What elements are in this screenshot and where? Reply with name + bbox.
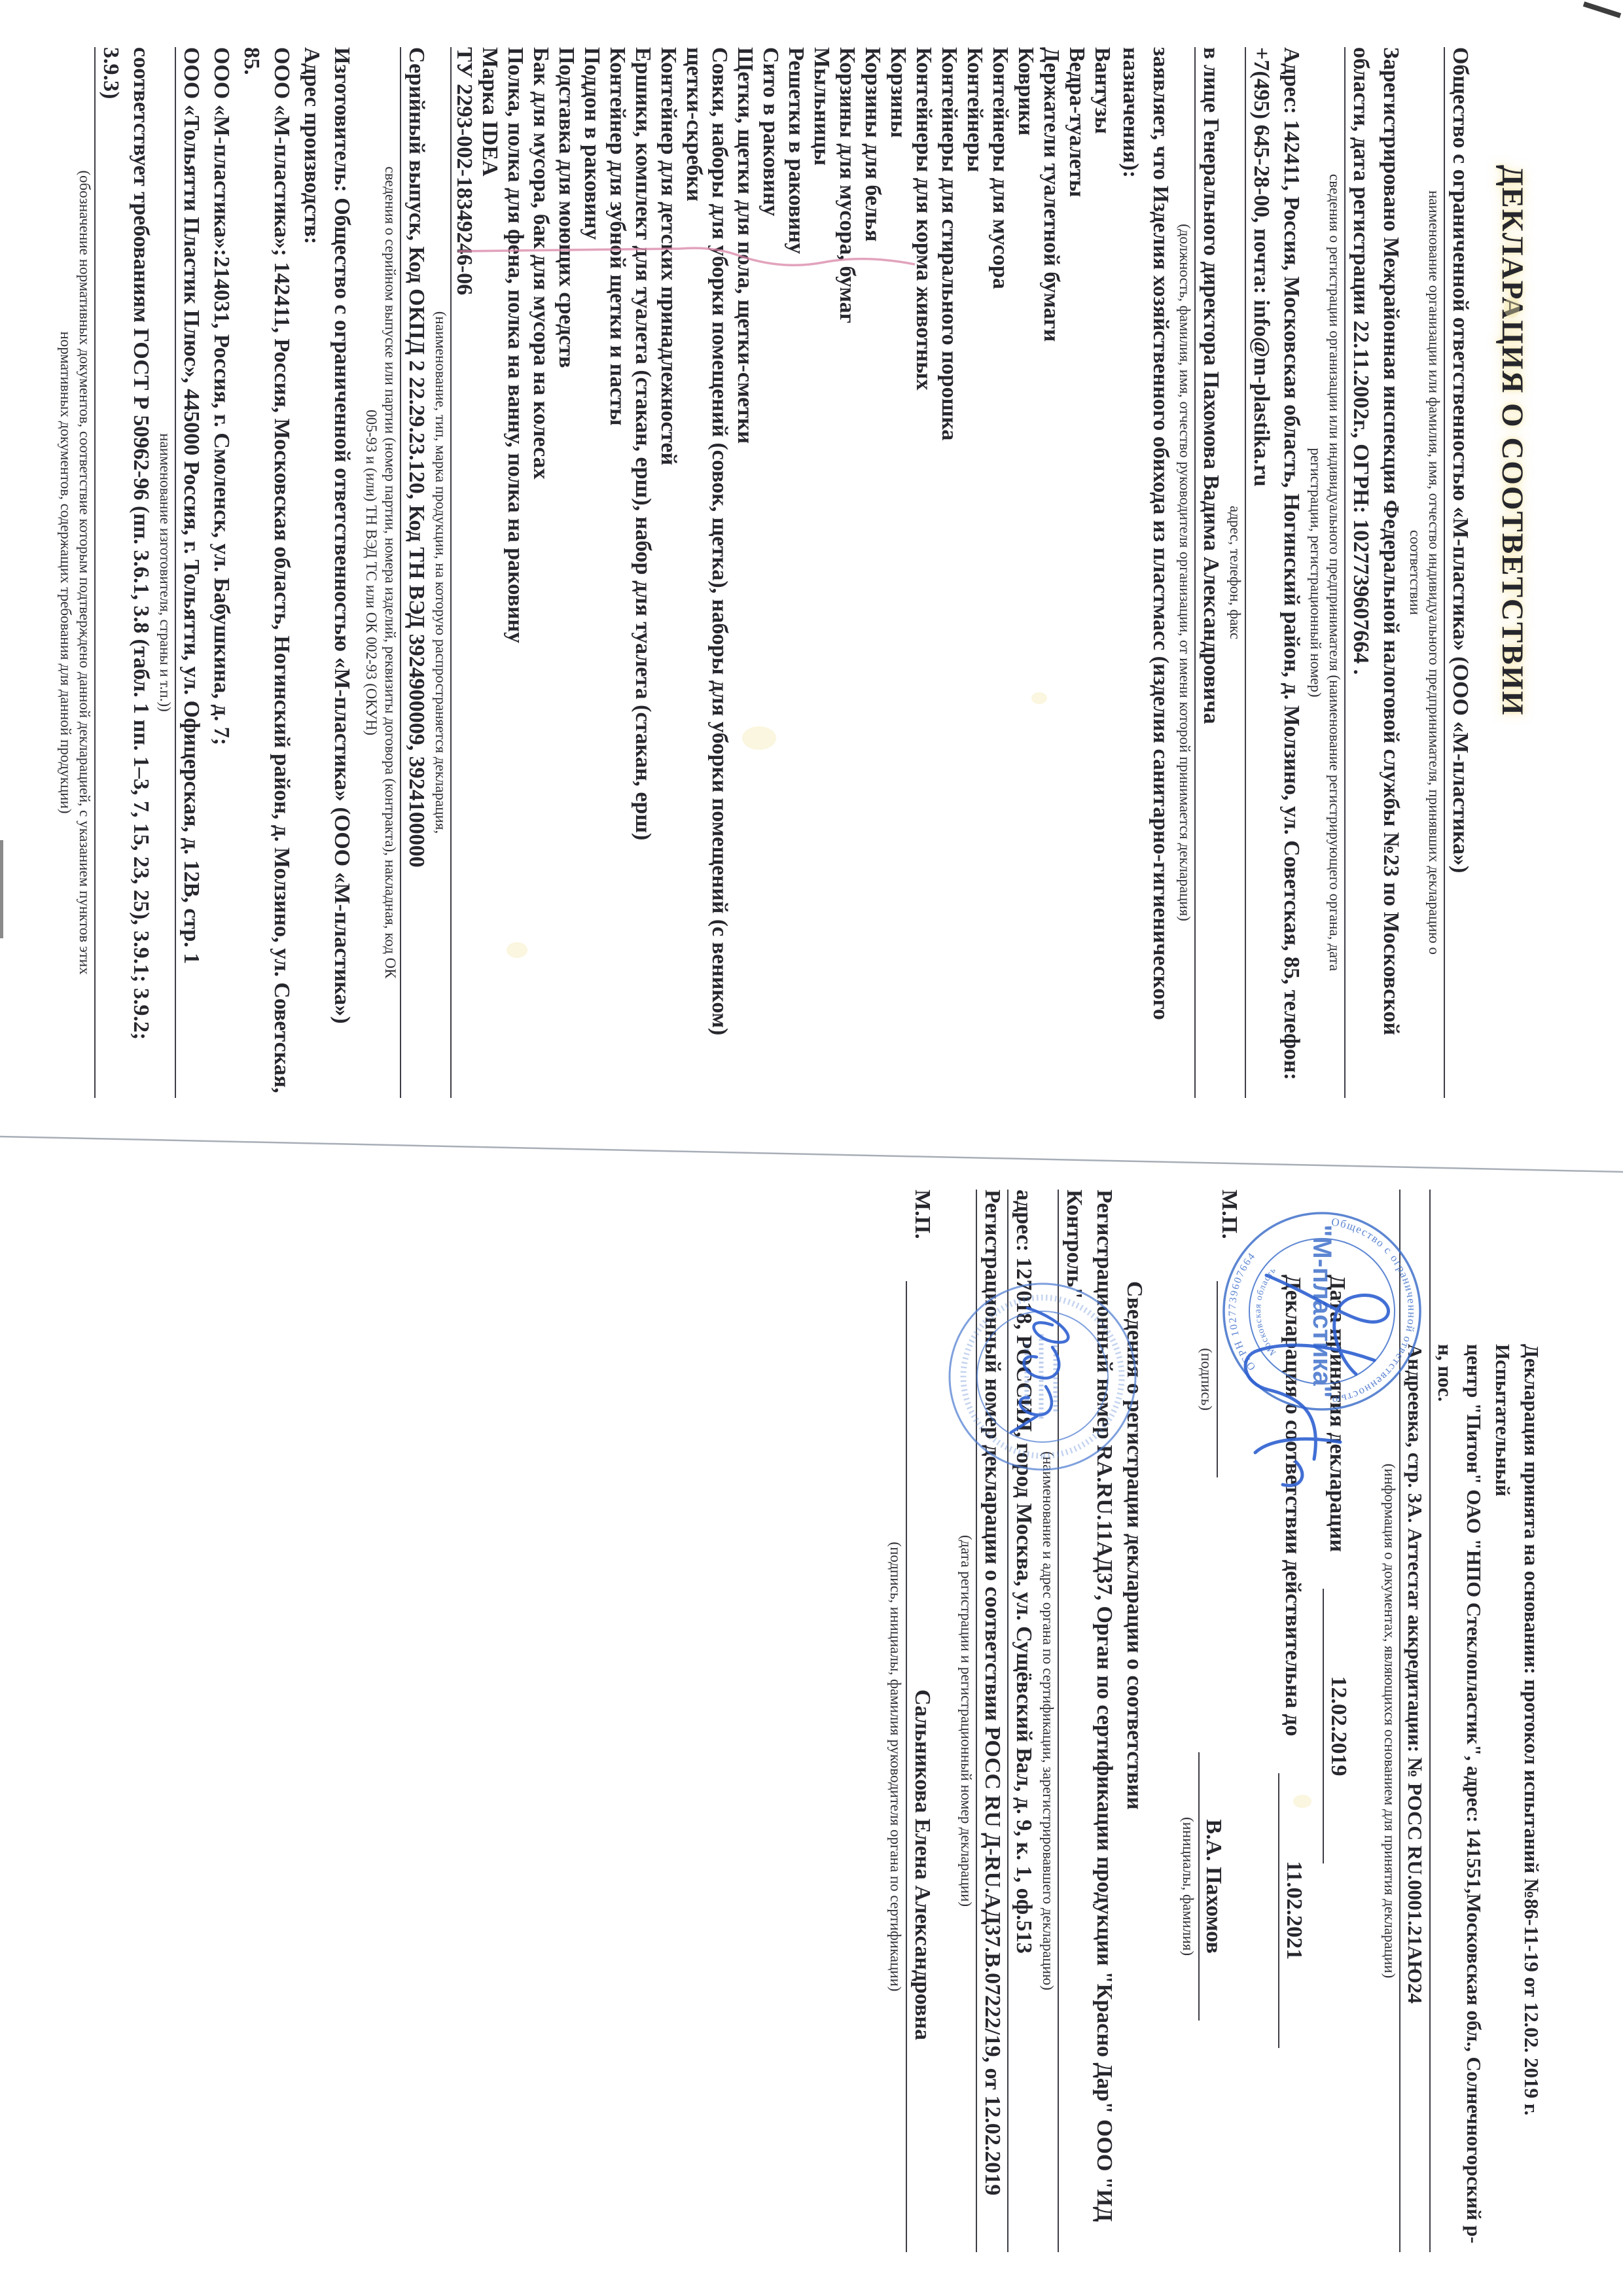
line-item: Ершики, комплект для туалета (стакан, ер… xyxy=(630,47,656,1098)
line-main: 85. xyxy=(236,47,266,1098)
signature-row: М.П.(подпись)В.А. Пахомов(инициалы, фами… xyxy=(1179,1190,1241,2252)
line-intro: Декларация принята на основании: протоко… xyxy=(1488,1190,1546,2252)
line-intro: Андреевка, стр. 3А. Аттестат аккредитаци… xyxy=(1399,1190,1429,2252)
line-item: Вантузы xyxy=(1090,47,1115,1098)
page-2: Декларация принята на основании: протоко… xyxy=(0,1148,1623,2295)
line-main: Регистрационный номер декларации о соотв… xyxy=(976,1190,1007,2252)
line-main: соответствует требованиям ГОСТ Р 50962-9… xyxy=(126,47,156,1098)
line-main: Регистрационный номер RA.RU.11АД37, Орга… xyxy=(1089,1190,1119,2252)
line-cap: регистрации, регистрационный номер) xyxy=(1306,47,1325,1098)
line-cap: соответствии xyxy=(1406,47,1425,1098)
line-item: Полка, полка для фена, полка на ванну, п… xyxy=(503,47,528,1098)
line-item: Контейнеры для стирального порошка xyxy=(936,47,962,1098)
line-main: ООО «Тольятти Пластик Плюс», 445000 Росс… xyxy=(175,47,206,1098)
field-label: Дата принятия декларации xyxy=(1323,1275,1351,1552)
line-item: Корзины xyxy=(885,47,911,1098)
line-cap: (дата регистрации и регистрационный номе… xyxy=(957,1190,976,2252)
line-cap: наименование организации или фамилия, им… xyxy=(1425,47,1444,1098)
line-item: Сито в раковину xyxy=(758,47,783,1098)
line-main: Общество с ограниченной ответственностью… xyxy=(1444,47,1475,1098)
line-intro: центр "Питон" ОАО "НПО Стеклопластик", а… xyxy=(1429,1190,1488,2252)
line-item: Щетки, щетки для пола, щетки-сметки xyxy=(732,47,758,1098)
signature-row: М.П.Сальникова Елена Александровна(подпи… xyxy=(887,1190,935,2252)
line-item: Бак для мусора, бак для мусора на колеса… xyxy=(528,47,554,1098)
line-item: Держатели туалетной бумаги xyxy=(1039,47,1064,1098)
name-block: В.А. Пахомов(инициалы, фамилия) xyxy=(1179,1752,1226,2021)
field-value: 11.02.2021 xyxy=(1278,1773,1308,2048)
line-item: Коврики xyxy=(1013,47,1039,1098)
line-main: ООО «М-пластика»:214031, Россия, г. Смол… xyxy=(206,47,236,1098)
scanned-declaration-sheet: ДЕКЛАРАЦИЯ О СООТВЕТСТВИИОбщество с огра… xyxy=(0,0,1623,2296)
line-item: ТУ 2293-002-18349246-06 xyxy=(450,47,477,1098)
line-item: Контейнер для зубной щетки и пасты xyxy=(605,47,630,1098)
line-item: Мыльницы xyxy=(809,47,834,1098)
line-main: ООО «М-пластика»; 142411, Россия, Москов… xyxy=(266,47,296,1098)
line-main: в лице Генерального директора Пахомова В… xyxy=(1194,47,1226,1098)
line-item: Контейнеры xyxy=(962,47,988,1098)
line-item: Подставка для моющих средств xyxy=(554,47,579,1098)
line-cap: (наименование и адрес органа по сертифик… xyxy=(1039,1190,1058,2252)
line-cap: (информация о документах, являющихся осн… xyxy=(1380,1190,1399,2252)
field-row: Дата принятия декларации12.02.2019 xyxy=(1323,1190,1353,2252)
line-title: ДЕКЛАРАЦИЯ О СООТВЕТСТВИИ xyxy=(1495,165,1530,1098)
line-cap: наименование изготовителя, страны и т.п.… xyxy=(156,47,175,1098)
signature-line-block: (подпись) xyxy=(1198,1281,1241,1477)
signatory-name: В.А. Пахомов xyxy=(1198,1752,1226,2021)
line-cap: сведения о серийном выпуске или партии (… xyxy=(381,47,400,1098)
line-cap: нормативных документов, содержащих требо… xyxy=(56,47,75,1098)
name-block: Сальникова Елена Александровна(подпись, … xyxy=(887,1281,935,2252)
line-item: Корзины для мусора, бумаг xyxy=(834,47,860,1098)
name-caption: (подпись, инициалы, фамилия руководителя… xyxy=(887,1281,906,2252)
stamp-place-label: М.П. xyxy=(910,1190,935,1258)
signature-caption: (подпись) xyxy=(1198,1281,1217,1477)
page-1-content: ДЕКЛАРАЦИЯ О СООТВЕТСТВИИОбщество с огра… xyxy=(56,47,1530,1098)
line-main: +7(495) 645-28-00, почта: info@m-plastik… xyxy=(1245,47,1276,1098)
line-item: Контейнер для детских принадлежностей xyxy=(656,47,681,1098)
line-item: Поддон в раковину xyxy=(579,47,605,1098)
line-item: Совки, наборы для уборки помещений (сово… xyxy=(707,47,732,1098)
line-main: Серийный выпуск, Код ОКПД 2 22.29.23.120… xyxy=(400,47,431,1098)
line-item: Корзины для белья xyxy=(860,47,885,1098)
field-value: 12.02.2019 xyxy=(1323,1589,1353,1863)
line-item: Контейнеры для мусора xyxy=(988,47,1013,1098)
line-item: щетки-скребки xyxy=(681,47,707,1098)
line-cap: (наименование, тип, марка продукции, на … xyxy=(431,47,450,1098)
line-cap: 005-93 и (или) ТН ВЭД ТС или ОК 002-93 (… xyxy=(362,47,381,1098)
line-item: Марка IDEA xyxy=(477,47,503,1098)
line-main: адрес: 127018, РОССИЯ, город Москва, ул.… xyxy=(1007,1190,1039,2252)
page-1-half: ДЕКЛАРАЦИЯ О СООТВЕТСТВИИОбщество с огра… xyxy=(0,0,1623,1148)
stamp-place-label: М.П. xyxy=(1217,1190,1241,1258)
line-main: Контроль" xyxy=(1058,1190,1089,2252)
signatory-name: Сальникова Елена Александровна xyxy=(906,1281,935,2252)
line-main: заявляет, что Изделия хозяйственного оби… xyxy=(1145,47,1175,1098)
line-main: назначения): xyxy=(1115,47,1145,1098)
line-main: области, дата регистрации 22.11.2002г., … xyxy=(1344,47,1376,1098)
line-main: 3.9.3) xyxy=(94,47,126,1098)
line-cap: адрес, телефон, факс xyxy=(1226,47,1245,1098)
line-cap: сведения о регистрации организации или и… xyxy=(1325,47,1344,1098)
name-caption: (инициалы, фамилия) xyxy=(1179,1752,1198,2021)
field-label: Декларация о соответствии действительна … xyxy=(1278,1275,1307,1737)
line-main: Сведения о регистрации декларации о соот… xyxy=(1119,1190,1149,2252)
line-item: Контейнеры для корма животных xyxy=(911,47,936,1098)
line-item: Ведра-туалеты xyxy=(1064,47,1090,1098)
line-item: Решетки в раковину xyxy=(783,47,809,1098)
page-1: ДЕКЛАРАЦИЯ О СООТВЕТСТВИИОбщество с огра… xyxy=(0,0,1623,1148)
line-main: Изготовитель: Общество с ограниченной от… xyxy=(327,47,357,1098)
page-2-half: Декларация принята на основании: протоко… xyxy=(0,1148,1623,2295)
page-2-content: Декларация принята на основании: протоко… xyxy=(887,1190,1546,2252)
line-main: Адрес: 142411, Россия, Московская област… xyxy=(1276,47,1306,1098)
line-main: Адрес производств: xyxy=(296,47,327,1098)
signature-line xyxy=(1217,1281,1241,1477)
line-main: Зарегистрировано Межрайонная инспекция Ф… xyxy=(1376,47,1406,1098)
line-cap: (должность, фамилия, имя, отчество руков… xyxy=(1175,47,1194,1098)
field-row: Декларация о соответствии действительна … xyxy=(1278,1190,1308,2252)
line-cap: (обозначение нормативных документов, соо… xyxy=(75,47,94,1098)
